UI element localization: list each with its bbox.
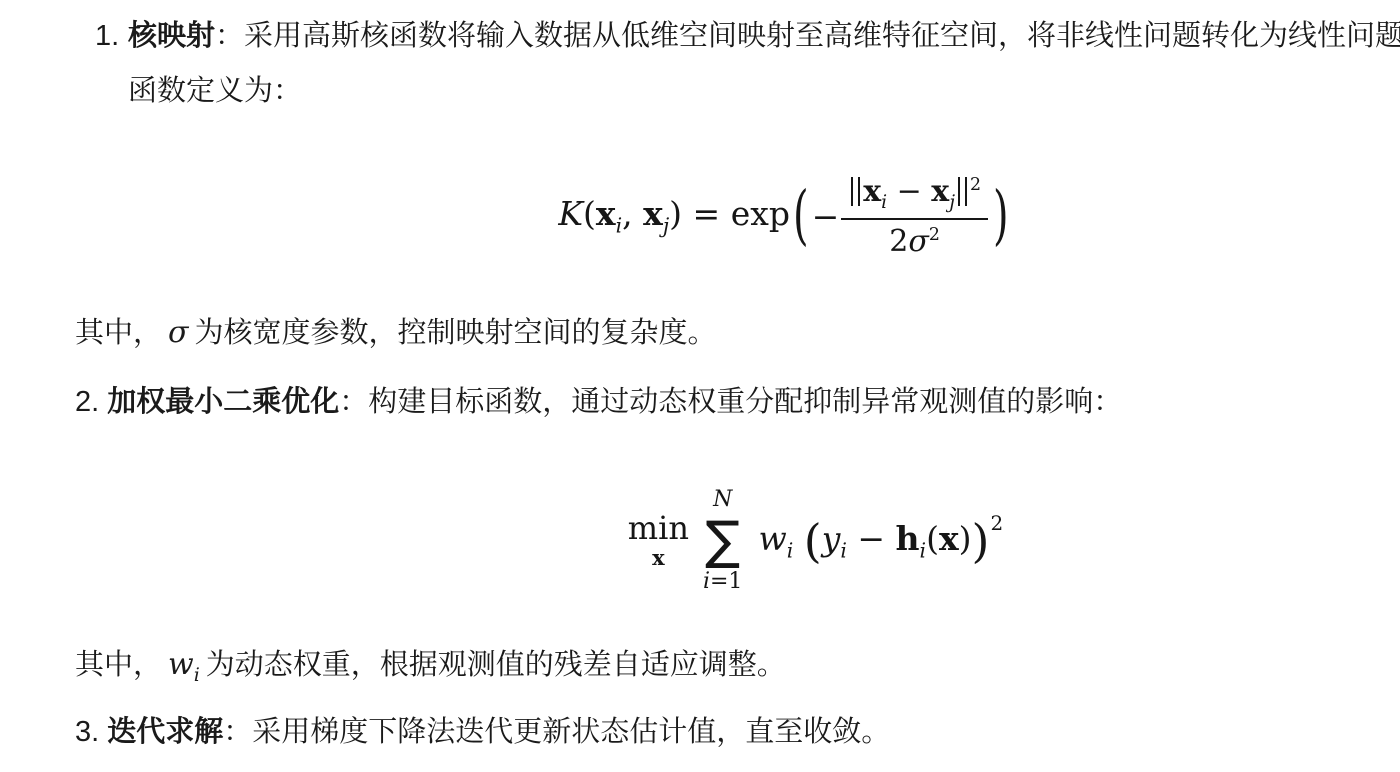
wls-expression: wi (yi − hi(x))2 <box>758 514 1002 568</box>
formula1-lhs: K(xi, xj) = exp <box>558 194 790 238</box>
list-number-2: 2. <box>75 386 99 418</box>
big-left-paren: ( <box>793 179 809 254</box>
list-item-weighted-least-squares: 2. 加权最小二乘优化：构建目标函数，通过动态权重分配抑制异常观测值的影响： <box>75 381 1122 424</box>
weight-note-prefix: 其中， <box>75 649 162 681</box>
w-symbol: wi <box>168 647 200 682</box>
norm-bars-open <box>851 177 860 206</box>
list-item-1-line1: 核映射：采用高斯核函数将输入数据从低维空间映射至高维特征空间，将非线性问题转化为… <box>128 9 1400 64</box>
paragraph-weight-note: 其中，wi为动态权重，根据观测值的残差自适应调整。 <box>75 643 786 697</box>
list-item-1-text: ：采用高斯核函数将输入数据从低维空间映射至高维特征空间，将非线性问题转化为线性问… <box>215 20 1400 52</box>
list-item-1-line2: 函数定义为： <box>128 64 1400 119</box>
fraction-denominator: 2σ2 <box>889 220 940 259</box>
sigma-note-prefix: 其中， <box>75 317 162 349</box>
term-weighted-least-squares: 加权最小二乘优化 <box>107 386 339 418</box>
list-item-2-text: ：构建目标函数，通过动态权重分配抑制异常观测值的影响： <box>339 386 1122 418</box>
sigma-symbol: σ <box>168 315 188 350</box>
sigma-sum-icon: ∑ <box>705 515 740 567</box>
sigma-note-text: 为核宽度参数，控制映射空间的复杂度。 <box>195 317 717 349</box>
summation-operator: N ∑ i=1 <box>703 485 742 595</box>
formula-wls-objective: min x N ∑ i=1 wi (yi − hi(x))2 <box>0 483 1400 598</box>
min-operator: min x <box>628 512 689 570</box>
paragraph-sigma-note: 其中，σ为核宽度参数，控制映射空间的复杂度。 <box>75 311 717 355</box>
list-number-3: 3. <box>75 716 99 748</box>
list-item-3-text: ：采用梯度下降法迭代更新状态估计值，直至收敛。 <box>223 716 890 748</box>
sum-lower-limit: i=1 <box>703 570 742 593</box>
term-kernel-mapping: 核映射 <box>128 20 215 52</box>
big-right-paren: ) <box>993 179 1009 254</box>
weight-note-text: 为动态权重，根据观测值的残差自适应调整。 <box>206 649 786 681</box>
norm-bars-close <box>958 177 967 206</box>
fraction-numerator: xi − xj2 <box>841 174 988 220</box>
list-item-kernel-mapping: 1. 核映射：采用高斯核函数将输入数据从低维空间映射至高维特征空间，将非线性问题… <box>75 9 1400 119</box>
list-number-1: 1. <box>95 9 119 64</box>
formula-gaussian-kernel: K(xi, xj) = exp ( − xi − xj2 2σ2 ) <box>0 160 1400 272</box>
term-iterative-solving: 迭代求解 <box>107 716 223 748</box>
fraction: xi − xj2 2σ2 <box>841 174 988 259</box>
minus-sign: − <box>812 197 840 236</box>
list-item-1-content: 核映射：采用高斯核函数将输入数据从低维空间映射至高维特征空间，将非线性问题转化为… <box>75 9 1400 119</box>
list-item-iterative-solving: 3. 迭代求解：采用梯度下降法迭代更新状态估计值，直至收敛。 <box>75 711 890 754</box>
